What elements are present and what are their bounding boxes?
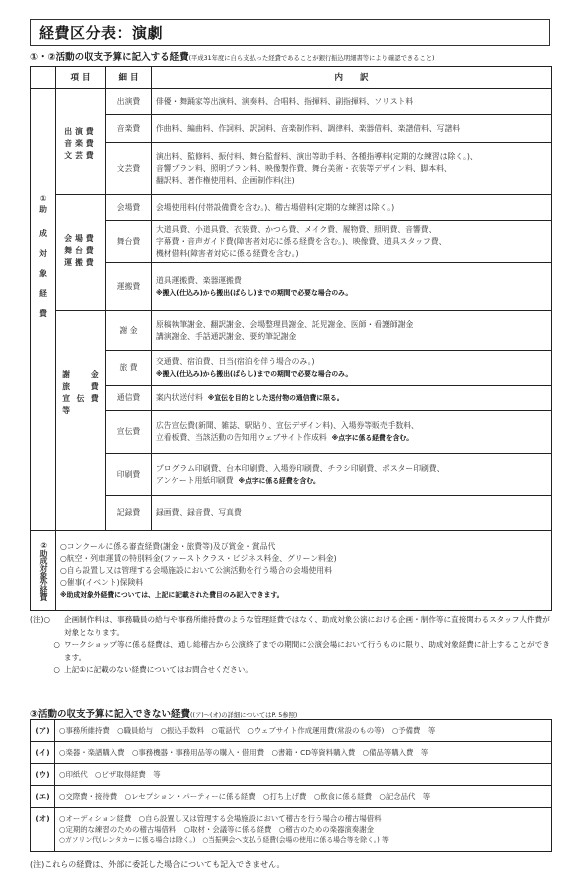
side-char: 象 [31,264,55,284]
category-line: 舞台費 [59,245,102,257]
detail-line: 会場使用料(付帯設備費を含む。)、稽古場借料(定期的な練習は除く。) [156,202,547,214]
detail-line: 案内状送付料 [156,393,203,402]
category-char: 伝 [73,393,87,405]
subitem-cell: 通信費 [106,386,152,411]
category-char: 宣 [59,393,73,405]
detail-line: 交通費、宿泊費、日当(宿泊を伴う場合のみ。) [156,356,547,368]
side-char: ① [31,193,55,204]
detail-line: 機材借料(障害者対応に係る経費を含む。) [156,248,547,260]
category-line: 文芸費 [59,150,102,162]
detail-note: ※点字に係る経費を含む。 [332,434,413,442]
detail-note: ※搬入(仕込み)から搬出(ばらし)までの期間で必要な場合のみ。 [156,368,547,380]
header-detail: 内 訳 [152,67,552,89]
detail-cell: 作曲料、編曲料、作詞料、訳詞料、音楽制作料、調律料、楽器借料、楽譜借料、写譜料 [152,115,552,143]
section12-heading: ①・②活動の収支予算に記入する経費(平成31年度に自ら支払った経費であることが銀… [30,49,435,63]
detail-line: プログラム印刷費、台本印刷費、入場券印刷費、チラシ印刷費、ポスター印刷費、 [156,463,547,475]
non-subsidized-item: ○催事(イベント)保険料 [60,577,547,589]
detail-line: 演出料、監修料、振付料、舞台監督料、演出等助手料、各種指導料(定期的な練習は除く… [156,151,547,163]
row-line: ○オーディション経費 ○自ら設置し又は管理する会場施設において稽古を行う場合の稽… [59,813,547,824]
row-text: ○オーディション経費 ○自ら設置し又は管理する会場施設において稽古を行う場合の稽… [55,808,552,852]
row-label: (オ) [31,808,55,852]
detail-line: 音響プラン料、照明プラン料、映像製作費、舞台美術・衣装等デザイン料、脚本料、 [156,163,547,175]
category-line: 音楽費 [59,138,102,150]
subitem-cell: 謝 金 [106,311,152,351]
category-fees-travel-ads: 謝金 旅費 宣伝費 等 [56,311,106,531]
side-char: 対 [31,244,55,264]
non-subsidized-cell: ○コンクールに係る審査経費(謝金・旅費等)及び賞金・賞品代 ○航空・列車運賃の特… [56,531,552,611]
table-header: 項 目 細 目 内 訳 [31,67,552,89]
section3-heading: ③活動の収支予算に記入できない経費((ア)～(オ)の詳細についてはP. 5参照) [30,706,297,720]
subitem-cell: 音楽費 [106,115,152,143]
note-text: 上記①に記載のない経費についてはお問合せください。 [64,664,552,677]
detail-cell: 広告宣伝費(新聞、雑誌、駅貼り、宣伝デザイン料)、入場券等販売手数料、 立看板費… [152,411,552,454]
table-row: (エ) ○交際費・接待費 ○レセプション・パーティーに係る経費 ○打ち上げ費 ○… [31,786,552,808]
category-char: 旅 [59,381,73,393]
detail-note: ※搬入(仕込み)から搬出(ばらし)までの期間で必要な場合のみ。 [156,287,547,299]
row-text: ○印紙代 ○ビザ取得経費 等 [55,764,552,786]
row-label: (イ) [31,742,55,764]
table-row: (イ) ○楽器・楽譜購入費 ○事務機器・事務用品等の購入・借用費 ○書籍・CD等… [31,742,552,764]
detail-cell: 俳優・舞踊家等出演料、演奏料、合唱料、指揮料、副指揮料、ソリスト料 [152,89,552,115]
detail-line: 講演謝金、手話通訳謝金、要約筆記謝金 [156,331,547,343]
note-text: 企画制作料は、事務職員の給与や事務所維持費のような管理経費ではなく、助成対象公演… [64,614,552,639]
table-row: 運搬費 道具運搬費、楽器運搬費 ※搬入(仕込み)から搬出(ばらし)までの期間で必… [31,263,552,311]
table-row: (ア) ○事務所維持費 ○職員給与 ○振込手数料 ○電話代 ○ウェブサイト作成運… [31,720,552,742]
subitem-cell: 印刷費 [106,454,152,496]
detail-cell: 道具運搬費、楽器運搬費 ※搬入(仕込み)から搬出(ばらし)までの期間で必要な場合… [152,263,552,311]
row-label: (ウ) [31,764,55,786]
expense-table: 項 目 細 目 内 訳 ① 助 成 対 象 経 費 出演費 音楽費 文芸費 出演… [30,66,552,611]
category-line: 出演費 [59,126,102,138]
subitem-cell: 会場費 [106,195,152,221]
notes-block: (注)○ 企画制作料は、事務職員の給与や事務所維持費のような管理経費ではなく、助… [30,614,552,677]
table-row: 印刷費 プログラム印刷費、台本印刷費、入場券印刷費、チラシ印刷費、ポスター印刷費… [31,454,552,496]
header-blank [31,67,56,89]
detail-line: 大道具費、小道具費、衣装費、かつら費、メイク費、履物費、照明費、音響費、 [156,224,547,236]
note-text: ワークショップ等に係る経費は、通し総稽古から公演終了までの期間に公演会場において… [64,639,552,664]
detail-note: ※宣伝を目的とした送付物の通信費に限る。 [208,394,344,402]
detail-cell: 録画費、録音費、写真費 [152,496,552,531]
note-item: (注)○ 企画制作料は、事務職員の給与や事務所維持費のような管理経費ではなく、助… [30,614,552,639]
table-row: 会場費 舞台費 運搬費 会場費 会場使用料(付帯設備費を含む。)、稽古場借料(定… [31,195,552,221]
note-bullet: ○ [30,664,64,677]
subitem-cell: 舞台費 [106,221,152,263]
detail-line: 原稿執筆謝金、翻訳謝金、会場整理員謝金、託児謝金、医師・看護師謝金 [156,319,547,331]
category-char: 費 [88,393,102,405]
side-char: 助 [31,204,55,215]
note-item: ○ 上記①に記載のない経費についてはお問合せください。 [30,664,552,677]
detail-line: 字幕費・音声ガイド費(障害者対応に係る経費を含む。)、映像費、道具スタッフ費、 [156,236,547,248]
subitem-cell: 宣伝費 [106,411,152,454]
detail-line: 俳優・舞踊家等出演料、演奏料、合唱料、指揮料、副指揮料、ソリスト料 [156,96,547,108]
detail-line: 録画費、録音費、写真費 [156,507,547,519]
table-row: 音楽費 作曲料、編曲料、作詞料、訳詞料、音楽制作料、調律料、楽器借料、楽譜借料、… [31,115,552,143]
subitem-cell: 旅 費 [106,351,152,386]
note-lead: (注)○ [30,614,64,639]
subitem-cell: 出演費 [106,89,152,115]
detail-cell: 大道具費、小道具費、衣装費、かつら費、メイク費、履物費、照明費、音響費、 字幕費… [152,221,552,263]
category-char: 謝 [59,369,73,381]
row-line: ○ガソリン代(レンタカーに係る場合は除く。) ○当振興会へ支払う経費(会場の使用… [59,835,547,846]
non-eligible-table: (ア) ○事務所維持費 ○職員給与 ○振込手数料 ○電話代 ○ウェブサイト作成運… [30,719,552,852]
detail-cell: プログラム印刷費、台本印刷費、入場券印刷費、チラシ印刷費、ポスター印刷費、 アン… [152,454,552,496]
side-label-non-subsidized: ②助成対象外経費 [31,531,56,611]
category-grid: 謝金 旅費 宣伝費 等 [59,369,102,417]
note-bullet: ○ [30,639,64,664]
detail-line: アンケート用紙印刷費 [156,476,234,485]
detail-cell: 案内状送付料 ※宣伝を目的とした送付物の通信費に限る。 [152,386,552,411]
side-char: 成 [31,224,55,244]
row-text: ○事務所維持費 ○職員給与 ○振込手数料 ○電話代 ○ウェブサイト作成運用費(常… [55,720,552,742]
table-row: 通信費 案内状送付料 ※宣伝を目的とした送付物の通信費に限る。 [31,386,552,411]
side-char: 費 [31,304,55,324]
row-text: ○楽器・楽譜購入費 ○事務機器・事務用品等の購入・借用費 ○書籍・CD等資料購入… [55,742,552,764]
section12-heading-note: (平成31年度に自ら支払った経費であることが銀行振込明細書等により確認できること… [189,55,435,62]
detail-cell: 交通費、宿泊費、日当(宿泊を伴う場合のみ。) ※搬入(仕込み)から搬出(ばらし)… [152,351,552,386]
table-row: 舞台費 大道具費、小道具費、衣装費、かつら費、メイク費、履物費、照明費、音響費、… [31,221,552,263]
row-label: (エ) [31,786,55,808]
row-label: (ア) [31,720,55,742]
side-char: 経 [31,284,55,304]
detail-line: 道具運搬費、楽器運搬費 [156,275,547,287]
page-title: 経費区分表：演劇 [39,22,163,43]
detail-cell: 演出料、監修料、振付料、舞台監督料、演出等助手料、各種指導料(定期的な練習は除く… [152,143,552,195]
non-subsidized-item: ○自ら設置し又は管理する会場施設において公演活動を行う場合の会場使用料 [60,565,547,577]
section3-heading-note: ((ア)～(オ)の詳細についてはP. 5参照) [190,712,297,719]
non-subsidized-item: ○コンクールに係る審査経費(謝金・旅費等)及び賞金・賞品代 [60,541,547,553]
table-row: 旅 費 交通費、宿泊費、日当(宿泊を伴う場合のみ。) ※搬入(仕込み)から搬出(… [31,351,552,386]
detail-cell: 会場使用料(付帯設備費を含む。)、稽古場借料(定期的な練習は除く。) [152,195,552,221]
header-subitem: 細 目 [106,67,152,89]
table-row: 宣伝費 広告宣伝費(新聞、雑誌、駅貼り、宣伝デザイン料)、入場券等販売手数料、 … [31,411,552,454]
category-char: 費 [88,381,102,393]
footer-note: (注)これらの経費は、外部に委託した場合についても記入できません。 [30,859,285,870]
category-venue-stage: 会場費 舞台費 運搬費 [56,195,106,311]
header-item: 項 目 [56,67,106,89]
row-line: ○定期的な練習のための稽古場借料 ○取材・会議等に係る経費 ○稽古のための楽器演… [59,824,547,835]
section12-heading-text: ①・②活動の収支予算に記入する経費 [30,52,189,63]
table-row: 記録費 録画費、録音費、写真費 [31,496,552,531]
note-item: ○ ワークショップ等に係る経費は、通し総稽古から公演終了までの期間に公演会場にお… [30,639,552,664]
non-subsidized-note: ※助成対象外経費については、上記に記載された費目のみ記入できます。 [60,589,547,601]
title-box: 経費区分表：演劇 [30,19,550,46]
detail-note: ※点字に係る経費を含む。 [238,477,319,485]
detail-line: 翻訳料、著作権使用料、企画制作料(注) [156,175,547,187]
detail-line: 広告宣伝費(新聞、雑誌、駅貼り、宣伝デザイン料)、入場券等販売手数料、 [156,420,547,432]
category-line: 会場費 [59,233,102,245]
non-subsidized-item: ○航空・列車運賃の特別料金(ファーストクラス・ビジネス料金、グリーン料金) [60,553,547,565]
table-row-non-subsidized: ②助成対象外経費 ○コンクールに係る審査経費(謝金・旅費等)及び賞金・賞品代 ○… [31,531,552,611]
table-row: 文芸費 演出料、監修料、振付料、舞台監督料、演出等助手料、各種指導料(定期的な練… [31,143,552,195]
subitem-cell: 文芸費 [106,143,152,195]
category-performance: 出演費 音楽費 文芸費 [56,89,106,195]
row-text: ○交際費・接待費 ○レセプション・パーティーに係る経費 ○打ち上げ費 ○飲食に係… [55,786,552,808]
table-row: (オ) ○オーディション経費 ○自ら設置し又は管理する会場施設において稽古を行う… [31,808,552,852]
category-char: 等 [59,405,73,417]
category-char: 金 [88,369,102,381]
category-line: 運搬費 [59,257,102,269]
subitem-cell: 記録費 [106,496,152,531]
detail-line: 立看板費、当該活動の告知用ウェブサイト作成料 [156,433,327,442]
subitem-cell: 運搬費 [106,263,152,311]
side-label-subsidized: ① 助 成 対 象 経 費 [31,89,56,531]
detail-line: 作曲料、編曲料、作詞料、訳詞料、音楽制作料、調律料、楽器借料、楽譜借料、写譜料 [156,123,547,135]
table-row: 謝金 旅費 宣伝費 等 謝 金 原稿執筆謝金、翻訳謝金、会場整理員謝金、託児謝金… [31,311,552,351]
table-row: ① 助 成 対 象 経 費 出演費 音楽費 文芸費 出演費 俳優・舞踊家等出演料… [31,89,552,115]
detail-cell: 原稿執筆謝金、翻訳謝金、会場整理員謝金、託児謝金、医師・看護師謝金 講演謝金、手… [152,311,552,351]
table-row: (ウ) ○印紙代 ○ビザ取得経費 等 [31,764,552,786]
